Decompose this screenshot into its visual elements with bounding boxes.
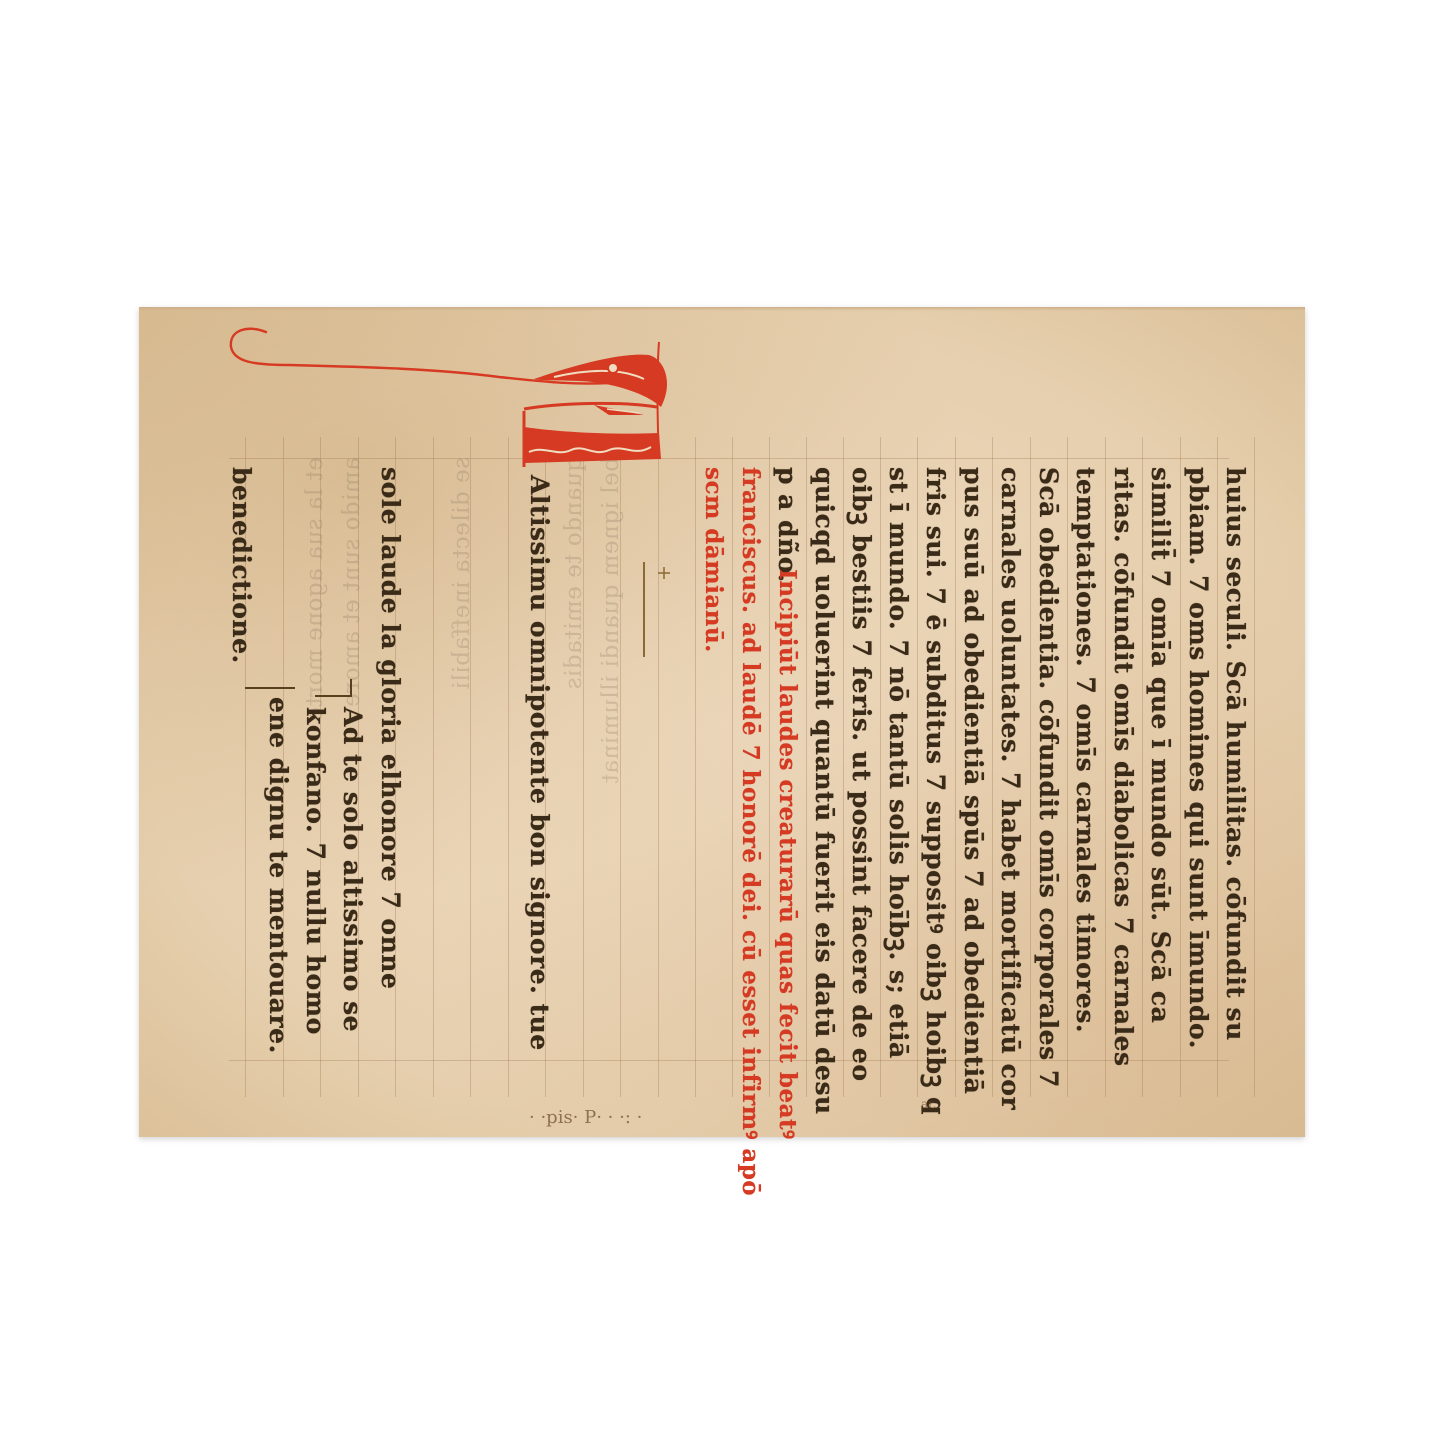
text-line: pus suū ad obedientiā spūs 7 ad obedient… [956,467,990,1094]
text-line: ritas. cōfundit omīs diabolicas 7 carnal… [1106,467,1140,1067]
text-line: oibꝫ bestiis 7 feris. ut possint facere … [844,467,878,1082]
bracket-mark [315,695,351,697]
rubric-line: scm dāmianū. [696,467,730,653]
text-line: Scā obedientia. cōfundit omīs corporales… [1031,467,1065,1088]
ghost-line: et la sua agone morte [298,457,332,721]
text-line: konfano. 7 nullu homo [298,707,332,1035]
ghost-line: bel ignem quandi illuminat [594,457,628,784]
ghost-line: se dilecta ineffabili [445,457,479,690]
bottom-marginalia: · ·pis· P· · ·: · [529,1107,642,1128]
canticle-first-line: Altissimu omnipotente bon signore. tue [522,475,556,1051]
manuscript-leaf: bel ignem quandi illuminat quando te emi… [139,307,1305,1137]
ghost-line: amido sunt et amore [335,457,369,707]
text-line: quicqd uoluerint quantū fuerit eis datū … [807,467,841,1115]
leaf-edge [139,307,1305,311]
text-line: temptationes. 7 omīs carnales timores. [1068,467,1102,1033]
text-line: Ad te solo altissimo se [335,707,369,1032]
text-line: p a dño. [770,467,804,583]
text-line: fris sui. 7 ē subditus 7 suppositꝰ oibꝫ … [918,467,952,1115]
text-line: huius seculi. Scā humilitas. cōfundit su [1218,467,1252,1041]
rubric-underline [643,562,645,657]
ruling-bottom [229,1060,1229,1061]
text-line: pbiam. 7 oms homines qui sunt īmundo. [1181,467,1215,1049]
text-line: ene dignu te mentouare. [261,697,295,1054]
text-line: sole laude la gloria elhonore 7 onne [373,467,407,989]
bracket-mark [245,687,295,689]
bracket-mark [350,679,352,697]
text-line: similit̄ 7 omīa que ī mundo sūt. Scā ca [1143,467,1177,1023]
text-line: st ī mundo. 7 nō tantū solis hoībꝫ. s; e… [881,467,915,1059]
right-marginalia: ar. [921,1097,936,1111]
text-line: carnales uoluntates. 7 habet mortificatū… [993,467,1027,1110]
text-line: benedictione. [224,467,258,664]
rubric-line: franciscus. ad laudē 7 honorē dei. cū es… [733,467,767,1196]
ghost-line: quando te emitadis [557,457,591,690]
ruling-top [229,458,1229,459]
rubric-line: Incipiūt laudes creaturarū quas fecit be… [770,569,804,1139]
